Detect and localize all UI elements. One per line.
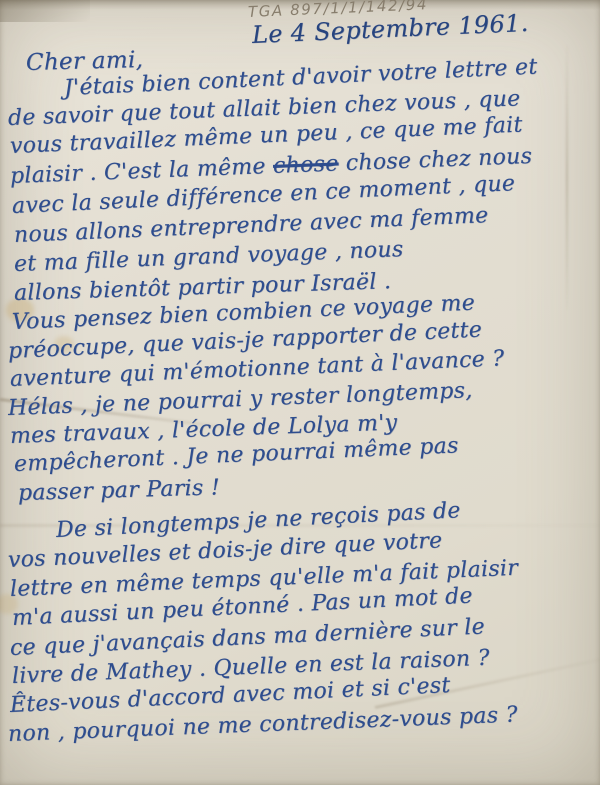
letter-page: TGA 897/1/1/142/94 Le 4 Septembre 1961. … — [0, 0, 600, 785]
paper-corner-shadow — [0, 0, 90, 22]
fold-crease — [566, 45, 568, 310]
salutation: Cher ami, — [26, 47, 144, 76]
strikethrough-word: chose — [273, 151, 339, 178]
letter-line: passer par Paris ! — [18, 475, 221, 506]
